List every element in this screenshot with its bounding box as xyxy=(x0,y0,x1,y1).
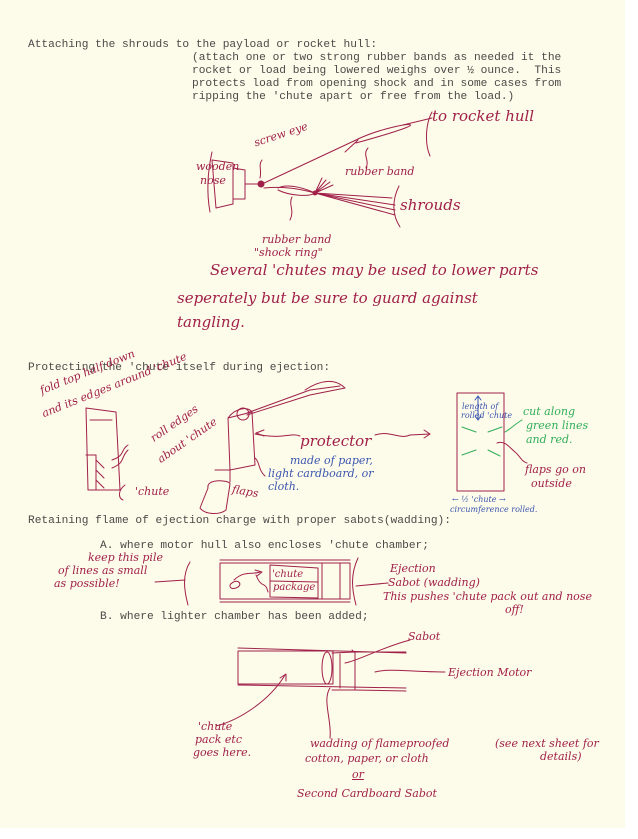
label-length-2: rolled 'chute xyxy=(461,411,512,420)
label-made-of-1: made of paper, xyxy=(290,454,373,467)
label-to-rocket-hull: to rocket hull xyxy=(432,107,534,126)
label-circumference-2: circumference rolled. xyxy=(450,505,537,514)
section1-para-line4: ripping the 'chute apart or free from th… xyxy=(192,91,514,104)
note-line2: seperately but be sure to guard against xyxy=(177,289,478,308)
label-flaps-outside-2: outside xyxy=(531,477,572,490)
label-sabot: Sabot xyxy=(408,630,440,643)
note-line3: tangling. xyxy=(177,313,245,332)
label-protector: protector xyxy=(300,432,371,451)
label-circumference-1: ← ½ 'chute → xyxy=(452,495,506,504)
label-cut-along-1: cut along xyxy=(523,405,575,418)
label-made-of-3: cloth. xyxy=(268,480,299,493)
label-screw-eye: screw eye xyxy=(252,120,309,150)
label-wadding-2: cotton, paper, or cloth xyxy=(305,752,429,765)
label-or: or xyxy=(352,768,364,781)
label-ejection-motor: Ejection Motor xyxy=(448,666,531,679)
label-second-sabot: Second Cardboard Sabot xyxy=(297,787,437,800)
label-chute-pack-3: goes here. xyxy=(193,746,251,759)
label-chute-package-2: package xyxy=(273,581,315,594)
label-keep-pile-2: of lines as small xyxy=(58,564,147,577)
label-wadding-1: wadding of flameproofed xyxy=(310,737,449,750)
label-nose: nose xyxy=(200,174,226,187)
section1-para-line3: protects load from opening shock and in … xyxy=(192,78,561,91)
label-chute-package-1: 'chute xyxy=(272,568,303,581)
section1-para-line1: (attach one or two strong rubber bands a… xyxy=(192,52,561,65)
label-keep-pile-1: keep this pile xyxy=(88,551,163,564)
label-cut-along-3: and red. xyxy=(526,433,573,446)
section3-item-b: B. where lighter chamber has been added; xyxy=(100,611,369,624)
label-ejection: Ejection xyxy=(390,562,436,575)
label-flaps-outside-1: flaps go on xyxy=(525,463,586,476)
label-shock-ring-2: "shock ring" xyxy=(254,246,323,259)
label-keep-pile-3: as possible! xyxy=(54,577,120,590)
section1-para-line2: rocket or load being lowered weighs over… xyxy=(192,65,561,78)
label-see-next-2: details) xyxy=(540,750,582,763)
note-line1: Several 'chutes may be used to lower par… xyxy=(210,261,538,280)
label-shrouds: shrouds xyxy=(400,196,461,215)
section1-heading: Attaching the shrouds to the payload or … xyxy=(28,39,377,52)
label-shock-ring-1: rubber band xyxy=(262,233,331,246)
section3-heading: Retaining flame of ejection charge with … xyxy=(28,515,451,528)
label-made-of-2: light cardboard, or xyxy=(268,467,374,480)
label-sabot-wadding: Sabot (wadding) xyxy=(388,576,480,589)
label-chute: 'chute xyxy=(135,485,169,498)
label-pushes: This pushes 'chute pack out and nose xyxy=(383,590,592,603)
label-rubber-band: rubber band xyxy=(345,165,414,178)
label-flaps: flaps xyxy=(231,483,259,500)
label-wooden: wooden xyxy=(196,160,239,173)
document-page: Attaching the shrouds to the payload or … xyxy=(0,0,625,828)
label-length-1: length of xyxy=(462,402,498,411)
label-chute-pack-1: 'chute xyxy=(198,720,232,733)
label-cut-along-2: green lines xyxy=(526,419,588,432)
label-off: off! xyxy=(505,603,524,616)
label-chute-pack-2: pack etc xyxy=(195,733,242,746)
label-see-next-1: (see next sheet for xyxy=(495,737,599,750)
